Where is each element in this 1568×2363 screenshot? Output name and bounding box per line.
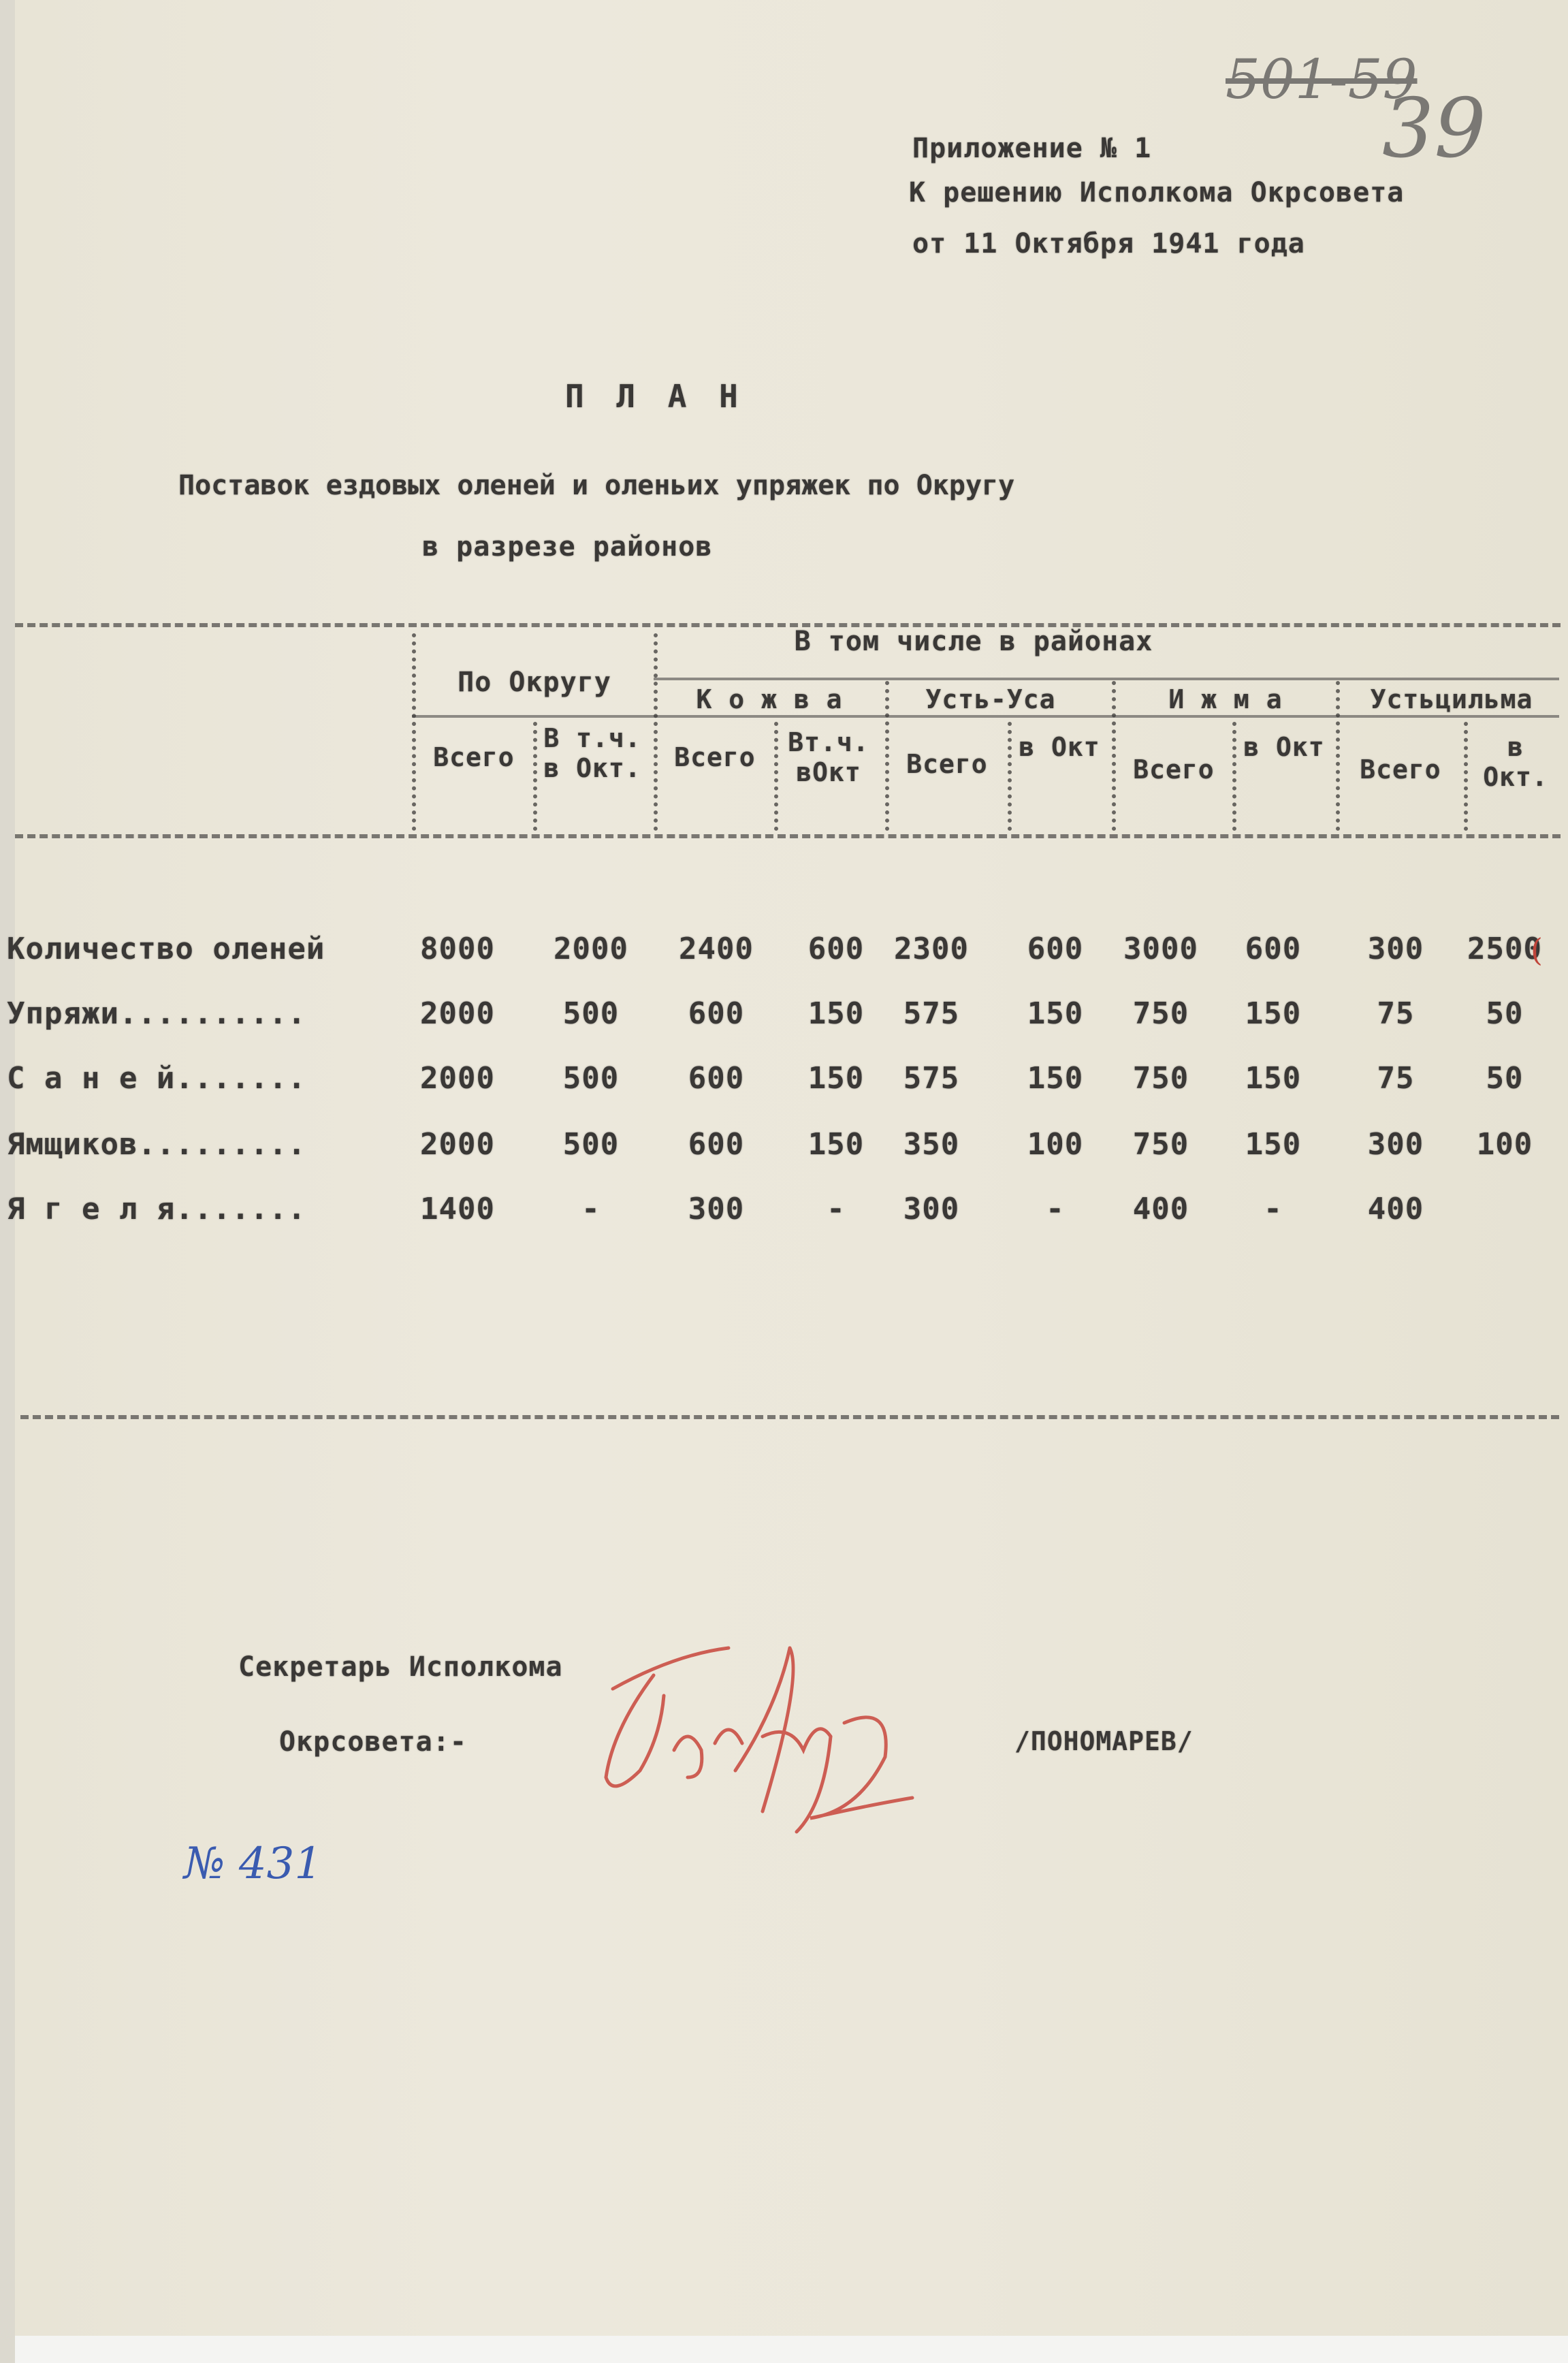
table-cell: 150: [782, 1061, 891, 1096]
table-cell: 3000: [1106, 932, 1215, 966]
table-cell: -: [1219, 1192, 1328, 1226]
table-cell: 575: [877, 1061, 986, 1096]
table-cell: 600: [1219, 932, 1328, 966]
region-kozhva: К о ж в а: [657, 684, 882, 714]
table-cell: 600: [662, 1061, 771, 1096]
region-ustcilma: Устьцильма: [1339, 684, 1564, 714]
subheader-kozhva-oct: Вт.ч. вОкт: [778, 727, 880, 787]
table-cell: 150: [1219, 1127, 1328, 1162]
header-regions: В том числе в районах: [735, 627, 1212, 656]
scan-left-edge: [0, 0, 15, 2363]
table-cell: 750: [1106, 1127, 1215, 1162]
table-cell: 300: [1341, 932, 1450, 966]
table-cell: 600: [662, 996, 771, 1031]
subheader-ustcilma-oct: в Окт.: [1468, 732, 1563, 792]
red-signature: [586, 1634, 1062, 1839]
table-cell: 2000: [537, 932, 645, 966]
table-cell: 500: [537, 1061, 645, 1096]
table-cell: 50: [1450, 1061, 1559, 1096]
table-cell: 150: [1001, 1061, 1110, 1096]
col-sep: [654, 633, 658, 831]
table-cell: 8000: [403, 932, 512, 966]
row-label: Я г е л я.......: [7, 1192, 306, 1226]
table-cell: 300: [1341, 1127, 1450, 1162]
district-subheader-rule: [412, 715, 654, 718]
appendix-line: Приложение № 1: [912, 133, 1151, 164]
table-cell: 350: [877, 1127, 986, 1162]
table-cell: 150: [1001, 996, 1110, 1031]
page-title: П Л А Н: [565, 378, 745, 415]
table-cell: 750: [1106, 996, 1215, 1031]
table-cell: 1400: [403, 1192, 512, 1226]
table-cell: 575: [877, 996, 986, 1031]
document-page: [15, 0, 1568, 2336]
table-cell: -: [1001, 1192, 1110, 1226]
table-cell: 2300: [877, 932, 986, 966]
region-ust-usa: Усть-Уса: [889, 684, 1093, 714]
table-cell: 150: [1219, 1061, 1328, 1096]
table-cell: 100: [1001, 1127, 1110, 1162]
subheader-ustusa-total: Всего: [889, 749, 1005, 779]
table-cell: 400: [1106, 1192, 1215, 1226]
signatory-title-line-2: Окрсовета:-: [279, 1726, 467, 1758]
subheader-kozhva-total: Всего: [658, 742, 772, 772]
table-cell: 100: [1450, 1127, 1559, 1162]
table-cell: 500: [537, 996, 645, 1031]
table-cell: 2000: [403, 1127, 512, 1162]
table-cell: 2000: [403, 996, 512, 1031]
registration-number: № 431: [184, 1839, 322, 1889]
signatory-name: /ПОНОМАРЕВ/: [1014, 1726, 1194, 1756]
table-cell: 2400: [662, 932, 771, 966]
subtitle-line-2: в разрезе районов: [422, 531, 712, 562]
row-label: С а н е й.......: [7, 1061, 306, 1096]
table-cell: 2500: [1450, 932, 1559, 966]
table-cell: -: [782, 1192, 891, 1226]
col-sep: [1112, 681, 1116, 831]
table-cell: 300: [662, 1192, 771, 1226]
table-cell: 2000: [403, 1061, 512, 1096]
col-sep: [412, 633, 416, 831]
subheader-ustusa-oct: в Окт: [1012, 732, 1107, 762]
table-cell: 300: [877, 1192, 986, 1226]
row-label: Упряжи..........: [7, 996, 306, 1031]
region-izhma: И ж м а: [1117, 684, 1334, 714]
subtitle-line-1: Поставок ездовых оленей и оленьих упряже…: [178, 470, 1014, 501]
table-cell: 500: [537, 1127, 645, 1162]
table-cell: 750: [1106, 1061, 1215, 1096]
row-label: Количество оленей: [7, 932, 325, 966]
regions-top-rule: [654, 678, 1559, 680]
table-bottom-rule: [20, 1415, 1559, 1419]
subheader-izhma-total: Всего: [1117, 755, 1231, 784]
table-cell: 150: [782, 996, 891, 1031]
date-line: от 11 Октября 1941 года: [912, 228, 1305, 259]
subheader-district-total: Всего: [417, 742, 531, 772]
table-cell: 600: [662, 1127, 771, 1162]
table-cell: -: [537, 1192, 645, 1226]
subheader-district-oct: В т.ч. в Окт.: [538, 723, 647, 783]
table-cell: 400: [1341, 1192, 1450, 1226]
table-cell: 600: [782, 932, 891, 966]
table-header-bottom-rule: [15, 834, 1561, 838]
red-correction-mark: (: [1531, 932, 1543, 968]
subheader-izhma-oct: в Окт: [1236, 732, 1332, 762]
table-cell: 50: [1450, 996, 1559, 1031]
row-label: Ямщиков.........: [7, 1127, 306, 1162]
signatory-title-line-1: Секретарь Исполкома: [238, 1651, 563, 1683]
subheader-ustcilma-total: Всего: [1340, 755, 1461, 784]
regions-subheader-rule: [654, 715, 1559, 718]
decision-line: К решению Исполкома Окрсовета: [909, 177, 1404, 208]
table-cell: 150: [1219, 996, 1328, 1031]
scan-bottom-edge: [15, 2336, 1568, 2363]
col-sep: [533, 722, 537, 831]
table-cell: 75: [1341, 1061, 1450, 1096]
header-district: По Округу: [422, 667, 647, 697]
table-cell: 75: [1341, 996, 1450, 1031]
archive-number-folio: 39: [1382, 82, 1486, 176]
table-cell: 600: [1001, 932, 1110, 966]
table-cell: 150: [782, 1127, 891, 1162]
